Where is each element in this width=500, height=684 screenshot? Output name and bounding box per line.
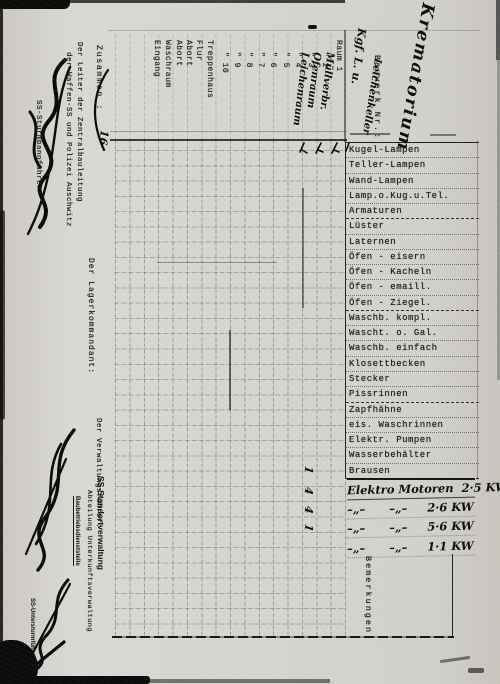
scan-mark-bottom-right2 [468, 668, 484, 673]
tally-mark: 16 [96, 129, 111, 146]
ink-blot [308, 25, 317, 29]
inventory-row: Elektr. Pumpen [346, 433, 479, 448]
column-header: Treppenhaus [205, 40, 214, 98]
grid-digit: 4 [302, 505, 316, 514]
table-line-segment [302, 188, 304, 308]
inventory-row: Laternen [346, 235, 479, 250]
inventory-row: Wasserbehälter [346, 448, 479, 463]
handwritten-motor-rows: Elektro Motoren 2·5 KW–„– –„– 2·6 KW–„– … [347, 478, 475, 557]
scan-edge-bottom [0, 676, 150, 684]
handwritten-row: –„– –„– 5·6 KW [347, 517, 475, 539]
column-header: Eingang [152, 40, 161, 77]
inventory-row: Lüster [346, 219, 479, 234]
column-header: " 7 [256, 52, 265, 68]
inventory-row: Pissrinnen [346, 387, 479, 402]
column-header: Waschraum [163, 40, 172, 88]
column-header: Abort [184, 40, 193, 67]
rank-sturmbannfuehrer: SS-Sturmbannführer [34, 100, 42, 190]
table-line-segment [157, 262, 277, 263]
signature-verwaltung [16, 424, 86, 574]
column-header: " 6 [268, 52, 277, 68]
grid-rows-body [115, 150, 346, 637]
table-bottom-border [112, 636, 454, 638]
inventory-row: Teller-Lampen [346, 158, 479, 173]
scan-edge-right-top [496, 0, 500, 60]
column-header: " 10 [220, 52, 229, 73]
column-header: " 8 [244, 52, 253, 68]
inventory-row: Stecker [346, 372, 479, 387]
table-line-segment [430, 134, 456, 136]
inventory-row: Waschb. kompl. [346, 311, 479, 326]
bemerkungen-label: Bemerkungen [363, 556, 373, 634]
krematorium-script: Krematorium [392, 1, 438, 153]
grid-digit: 4 [302, 486, 316, 495]
inventory-row: Klosettbecken [346, 357, 479, 372]
inventory-item-column: Kugel-LampenTeller-LampenWand-LampenLamp… [345, 142, 479, 479]
item-column-right-border [477, 140, 478, 480]
column-header: " 5 [281, 52, 290, 68]
inventory-row: eis. Waschrinnen [346, 418, 479, 433]
column-header: Abort [174, 40, 183, 67]
scanned-document: Kugel-LampenTeller-LampenWand-LampenLamp… [0, 0, 500, 684]
lagerkommandant-label: Der Lagerkommandant: [86, 258, 95, 374]
bauwerk-annotation-1: Kgf. L. u. [349, 27, 369, 85]
inventory-row: Öfen - eisern [346, 250, 479, 265]
inventory-row: Waschb. einfach [346, 341, 479, 356]
inventory-row: Armaturen [346, 204, 479, 219]
inventory-row: Öfen - Kacheln [346, 265, 479, 280]
inventory-row: Öfen - emaill. [346, 280, 479, 295]
column-header: Flur [194, 40, 203, 61]
scan-edge-bottom-fade [140, 679, 330, 683]
scan-mark-bottom-right [440, 656, 470, 663]
inventory-row: Zapfhähne [346, 403, 479, 418]
table-line-segment [110, 131, 347, 132]
scan-edge-left-mid [0, 210, 5, 420]
table-line-segment [344, 30, 346, 142]
stamp-standortverwaltung: SS-Standortverwaltung [96, 476, 106, 570]
inventory-row: Brausen [346, 464, 479, 479]
signature-leiter [10, 52, 80, 242]
grid-digit: 1 [302, 465, 316, 474]
check-ticks [296, 138, 351, 158]
column-header: " 9 [232, 52, 241, 68]
stamp-abteilung-unterkunft: Abteilung Unterkunftsverwaltung [85, 490, 93, 632]
inventory-row: Lamp.o.Kug.u.Tel. [346, 189, 479, 204]
bemerkungen-box [345, 554, 453, 637]
inventory-row: Wascht. o. Gal. [346, 326, 479, 341]
table-line-segment [229, 330, 231, 410]
column-header: Raum 1 [334, 40, 343, 72]
inventory-row: Wand-Lampen [346, 174, 479, 189]
scan-edge-top [60, 0, 345, 3]
inventory-row: Öfen - Ziegel. [346, 296, 479, 311]
grid-digit: 1 [302, 523, 316, 532]
